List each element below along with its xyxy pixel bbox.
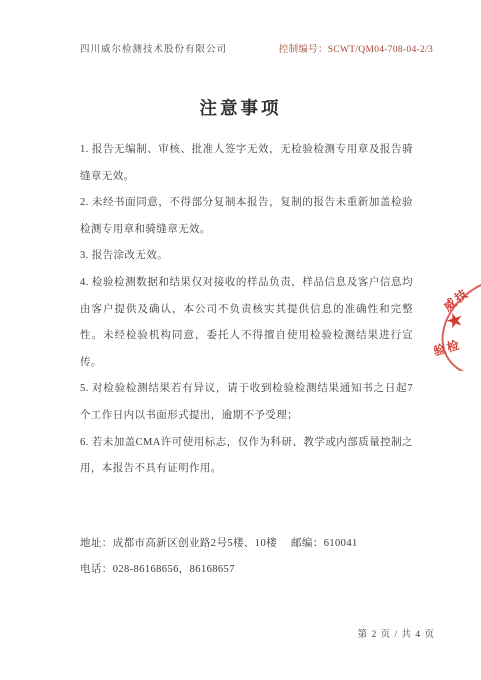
notice-item-1: 1. 报告无编制、审核、批准人签字无效，无检验检测专用章及报告骑缝章无效。 [80, 137, 413, 190]
star-icon: ★ [443, 309, 466, 334]
company-name: 四川威尔检测技术股份有限公司 [80, 41, 227, 55]
page-header: 四川威尔检测技术股份有限公司 控制编号：SCWT/QM04-708-04-2/3 [80, 41, 433, 55]
notice-list: 1. 报告无编制、审核、批准人签字无效，无检验检测专用章及报告骑缝章无效。 2.… [80, 137, 413, 483]
control-number: 控制编号：SCWT/QM04-708-04-2/3 [279, 41, 433, 55]
notice-item-6: 6. 若未加盖CMA许可使用标志，仅作为科研、教学或内部质量控制之用，本报告不具… [80, 430, 413, 483]
address-line: 地址：成都市高新区创业路2号5楼、10楼邮编：610041 [80, 531, 420, 557]
notice-item-5: 5. 对检验检测结果若有异议，请于收到检验检测结果通知书之日起7个工作日内以书面… [80, 376, 413, 429]
notice-item-2: 2. 未经书面同意，不得部分复制本报告，复制的报告未重新加盖检验检测专用章和骑缝… [80, 190, 413, 243]
document-page: 四川威尔检测技术股份有限公司 控制编号：SCWT/QM04-708-04-2/3… [0, 0, 481, 680]
postal-label: 邮编： [291, 538, 324, 549]
phone-numbers: 028-86168656，86168657 [113, 564, 235, 575]
stamp-ring [434, 283, 481, 371]
notice-item-4: 4. 检验检测数据和结果仅对接收的样品负责，样品信息及客户信息均由客户提供及确认… [80, 270, 413, 376]
stamp-arc-text-top: 威技 [440, 284, 473, 315]
control-number-value: SCWT/QM04-708-04-2/3 [328, 45, 433, 55]
contact-block: 地址：成都市高新区创业路2号5楼、10楼邮编：610041 电话：028-861… [80, 531, 420, 583]
address-value: 成都市高新区创业路2号5楼、10楼 [113, 538, 277, 549]
control-number-label: 控制编号： [279, 45, 328, 55]
postal-code: 610041 [324, 538, 358, 549]
page-indicator: 第 2 页 / 共 4 页 [358, 626, 435, 640]
notice-item-3: 3. 报告涂改无效。 [80, 243, 413, 270]
phone-line: 电话：028-86168656，86168657 [80, 557, 420, 583]
stamp-arc-text-bottom: 验检 [434, 335, 463, 359]
phone-label: 电话： [80, 564, 113, 575]
postal-group: 邮编：610041 [291, 538, 358, 549]
page-title: 注意事项 [0, 95, 481, 120]
inspection-stamp: 威技 ★ 验检 [434, 283, 481, 371]
address-label: 地址： [80, 538, 113, 549]
